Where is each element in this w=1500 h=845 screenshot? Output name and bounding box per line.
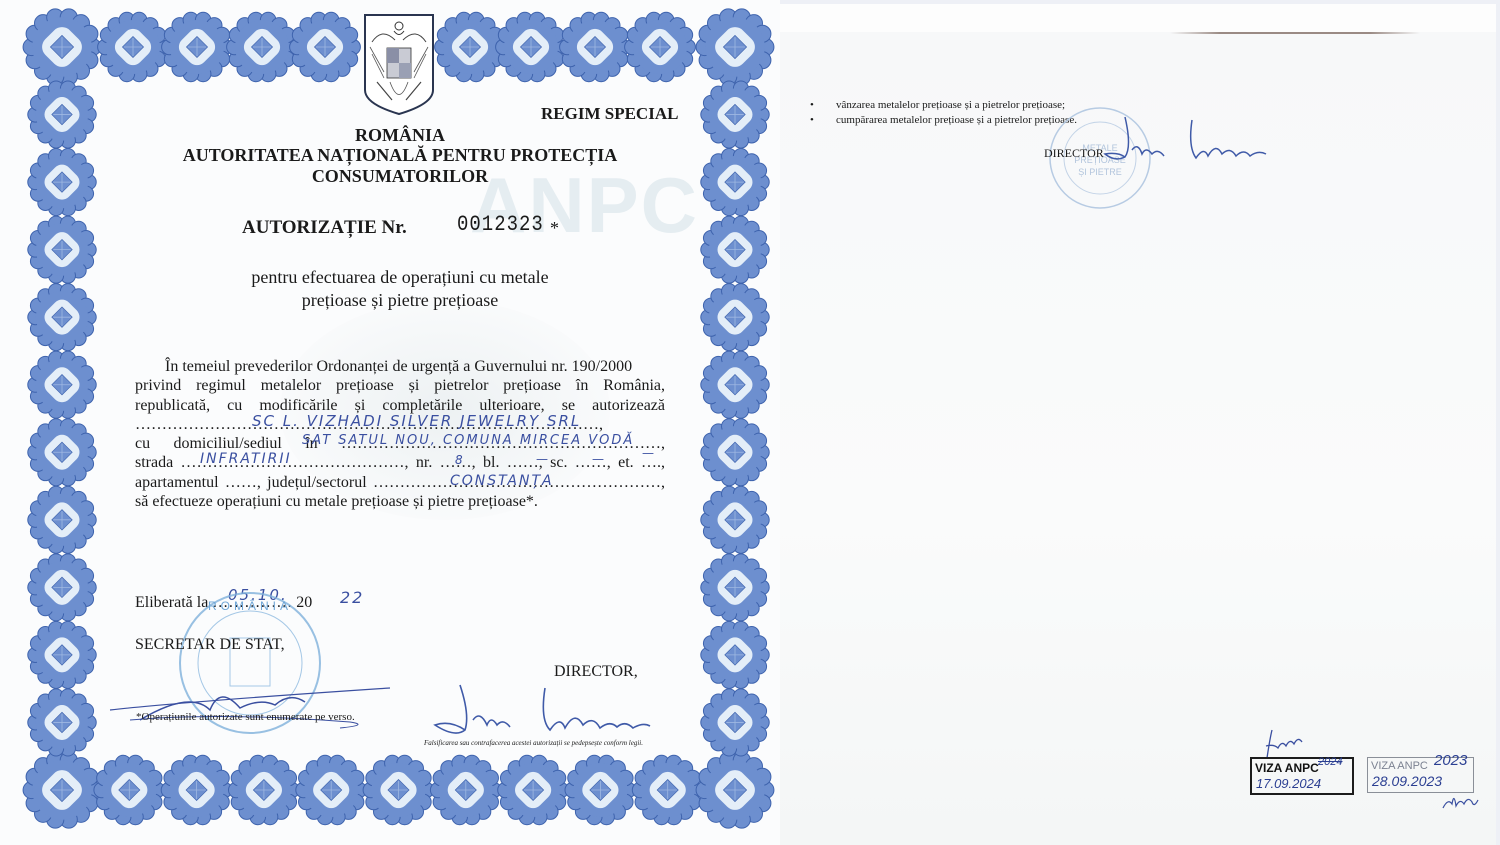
coat-of-arms-icon [362, 12, 436, 116]
authorization-number: 0012323 [457, 211, 544, 236]
footnote: *Operațiunile autorizate sunt enumerate … [136, 711, 355, 723]
handwritten-sc: — [592, 452, 606, 466]
visa-year-note: 2023 [1434, 752, 1467, 769]
page-edge-line [1170, 32, 1420, 34]
authorized-operations-list: vânzarea metalelor prețioase și a pietre… [810, 98, 1077, 128]
authorization-title: AUTORIZAȚIE Nr. [242, 217, 407, 239]
county-line: apartamentul ……, județul/sectorul ………………… [135, 473, 665, 492]
operation-item: vânzarea metalelor prețioase și a pietre… [810, 98, 1077, 113]
body-line: În temeiul prevederilor Ordonanței de ur… [135, 357, 665, 376]
authorization-asterisk: * [550, 218, 559, 239]
authority-heading: AUTORITATEA NAȚIONALĂ PENTRU PROTECȚIA [0, 145, 800, 166]
handwritten-et: — [642, 446, 656, 460]
body-line: să efectueze operațiuni cu metale prețio… [135, 492, 665, 511]
country-heading: ROMÂNIA [0, 125, 800, 146]
operation-item: cumpărarea metalelor prețioase și a piet… [810, 113, 1077, 128]
handwritten-street: INFRATIRII [200, 451, 292, 467]
back-director-label: DIRECTOR [1044, 146, 1104, 161]
authority-heading-line2: CONSUMATORILOR [0, 166, 800, 187]
handwritten-locality: SAT SATUL NOU, COMUNA MIRCEA VODĂ [302, 433, 634, 448]
visa-label: VIZA ANPC [1371, 760, 1428, 772]
back-director-signature [1100, 112, 1280, 172]
visa-initials-2023 [1440, 790, 1480, 812]
authorization-subtitle-line2: prețioase și pietre prețioase [0, 290, 800, 311]
visa-date: 17.09.2024 [1256, 776, 1321, 791]
handwritten-issue-year: 22 [340, 588, 364, 607]
handwritten-number: 8 [455, 453, 465, 467]
visa-stamp-2023: VIZA ANPC 2023 28.09.2023 [1367, 757, 1474, 793]
visa-stamp-2024: VIZA ANPC 2024 17.09.2024 [1250, 757, 1354, 795]
handwritten-bl: — [536, 452, 550, 466]
handwritten-company-name: SC L. VIZHADI SILVER JEWELRY SRL [252, 412, 581, 430]
falsification-warning: Falsificarea sau contrafacerea acestei a… [424, 739, 643, 747]
body-line: privind regimul metalelor prețioase și p… [135, 376, 665, 395]
stamp-text: ROMÂNIA [208, 598, 292, 613]
director-label: DIRECTOR, [554, 663, 638, 681]
visa-label: VIZA ANPC [1255, 761, 1319, 775]
visa-initials [1262, 728, 1312, 760]
authorization-subtitle: pentru efectuarea de operațiuni cu metal… [0, 267, 800, 288]
regime-label: REGIM SPECIAL [541, 104, 678, 124]
visa-date: 28.09.2023 [1372, 773, 1442, 789]
secretary-of-state-label: SECRETAR DE STAT, [135, 636, 285, 654]
handwritten-county: CONSTANȚA [450, 473, 554, 489]
director-signature [425, 680, 665, 740]
visa-year-note: 2024 [1318, 756, 1342, 768]
